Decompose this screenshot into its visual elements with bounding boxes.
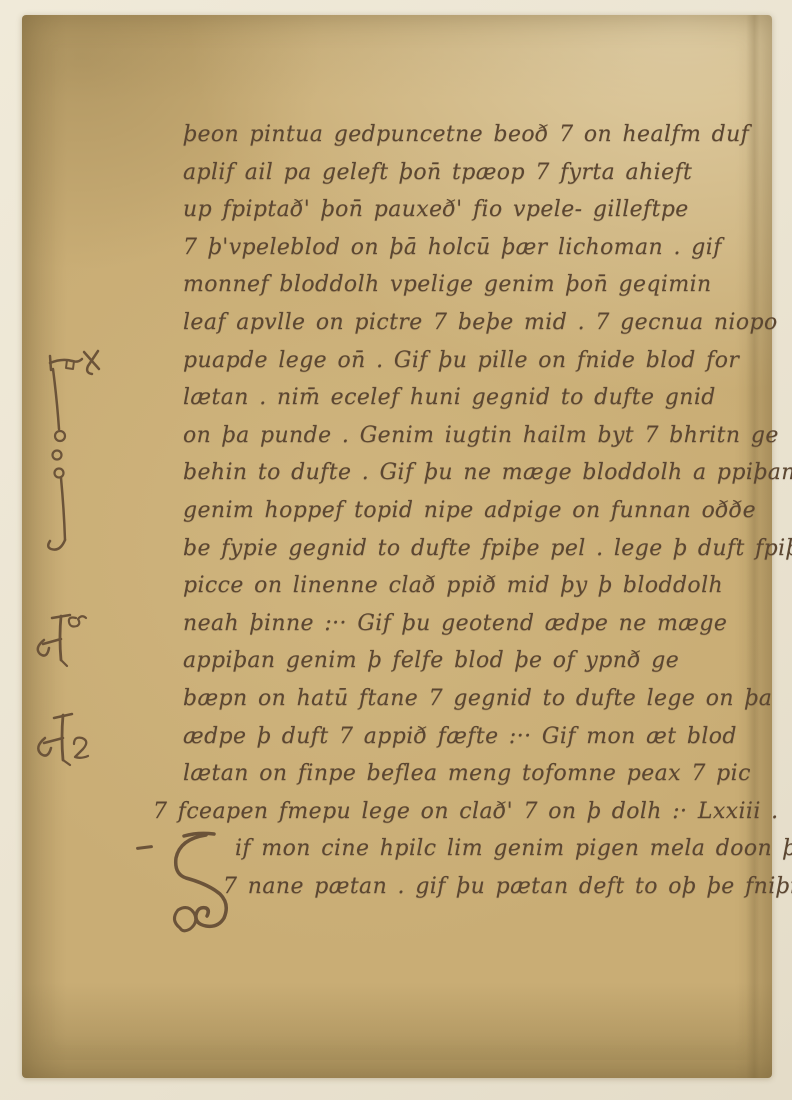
manuscript-line: up fpiptað' þon̄ pauxeð' fio vpele- gill… xyxy=(183,191,783,229)
manuscript-line: behin to dufte . Gif þu ne mæge bloddolh… xyxy=(183,454,783,492)
manuscript-line: 7 þ'vpeleblod on þā holcū þær lichoman .… xyxy=(183,229,783,267)
manuscript-line: ædpe þ duft 7 appið fæfte :·· Gif mon æt… xyxy=(183,718,783,756)
manuscript-line: neah þinne :·· Gif þu geotend ædpe ne mæ… xyxy=(183,605,783,643)
manuscript-line: on þa punde . Genim iugtin hailm byt 7 b… xyxy=(183,417,783,455)
margin-instrument-mark xyxy=(40,342,110,560)
manuscript-line: bæpn on hatū ftane 7 gegnid to dufte leg… xyxy=(183,680,783,718)
page-bottom-shadow xyxy=(22,1034,772,1060)
manuscript-line: lætan on finpe beflea meng tofomne peax … xyxy=(183,755,783,793)
manuscript-line: þeon pintua gedpuncetne beoð 7 on healfm… xyxy=(183,116,783,154)
manuscript-line: lætan . nim̄ ecelef huni gegnid to dufte… xyxy=(183,379,783,417)
manuscript-line: 7 nane pætan . gif þu pætan deft to oþ þ… xyxy=(183,868,783,906)
text-block: þeon pintua gedpuncetne beoð 7 on healfm… xyxy=(183,116,783,905)
manuscript-line: leaf apvlle on pictre 7 beþe mid . 7 gec… xyxy=(183,304,783,342)
manuscript-line: picce on linenne clað ppið mid þy þ blod… xyxy=(183,567,783,605)
manuscript-line: monnef bloddolh vpelige genim þon̄ geqim… xyxy=(183,266,783,304)
margin-h2-mark xyxy=(30,710,96,772)
manuscript-line: if mon cine hpilc lim genim pigen mela d… xyxy=(183,830,783,868)
manuscript-line: be fypie gegnid to dufte fpiþe pel . leg… xyxy=(183,530,783,568)
manuscript-line: appiþan genim þ felfe blod þe of ypnð ge xyxy=(183,642,783,680)
manuscript-line: 7 fceapen fmepu lege on clað' 7 on þ dol… xyxy=(153,793,783,831)
initial-letter-g xyxy=(150,826,246,944)
manuscript-line: genim hoppef topid nipe adpige on funnan… xyxy=(183,492,783,530)
manuscript-line: aplif ail pa geleft þon̄ tpæop 7 fyrta a… xyxy=(183,154,783,192)
manuscript-scan: þeon pintua gedpuncetne beoð 7 on healfm… xyxy=(0,0,792,1100)
margin-ha-mark xyxy=(30,610,90,672)
manuscript-line: puapde lege on̄ . Gif þu pille on fnide … xyxy=(183,342,783,380)
